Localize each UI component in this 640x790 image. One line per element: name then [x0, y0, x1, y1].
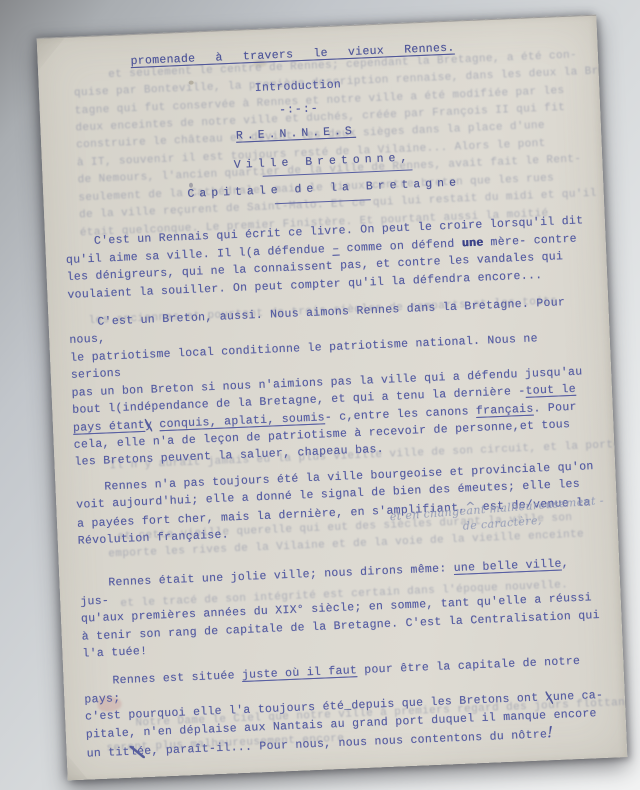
document-header: promenade à travers le vieux Rennes. Int… [57, 32, 585, 213]
paragraphs: C'est un Rennais qui écrit ce livre. On … [65, 213, 609, 763]
paragraph: C'est un Breton, aussi. Nous aimons Renn… [68, 293, 596, 471]
text-segment: pays étant [73, 418, 145, 434]
document-title: promenade à travers le vieux Rennes. [130, 40, 455, 71]
text-segment: juste où il faut [242, 665, 358, 683]
paragraph: Rennes était une jolie ville; nous diron… [79, 554, 604, 663]
text-segment: une [461, 236, 483, 250]
photo-background: et seulement le centre de Rennes; cepend… [0, 0, 640, 790]
text-segment: conquis, aplati, soumis [159, 411, 325, 431]
text-segment: une belle ville [453, 558, 561, 576]
text-segment: tout le [525, 383, 576, 398]
underline-rule [275, 200, 371, 205]
paragraph: C'est un Rennais qui écrit ce livre. On … [65, 213, 589, 304]
text-segment: Rennes est située [83, 669, 242, 689]
text-segment: lé [130, 745, 145, 759]
city-heading: R.E.N.N.E.S [236, 123, 357, 145]
typescript-page: et seulement le centre de Rennes; cepend… [37, 15, 628, 781]
text-segment: ! [547, 723, 554, 741]
page-content: promenade à travers le vieux Rennes. Int… [37, 16, 628, 781]
text-segment: Rennes était une jolie ville; nous diron… [79, 562, 454, 591]
text-segment: français [476, 402, 534, 417]
text-segment: - c,entre les canons [325, 404, 477, 423]
text-segment: comme on défend [339, 237, 462, 255]
paragraph: Rennes est située juste où il faut pour … [83, 652, 608, 763]
text-segment: C'est un Breton, aussi. Nous aimons Renn… [68, 296, 582, 417]
